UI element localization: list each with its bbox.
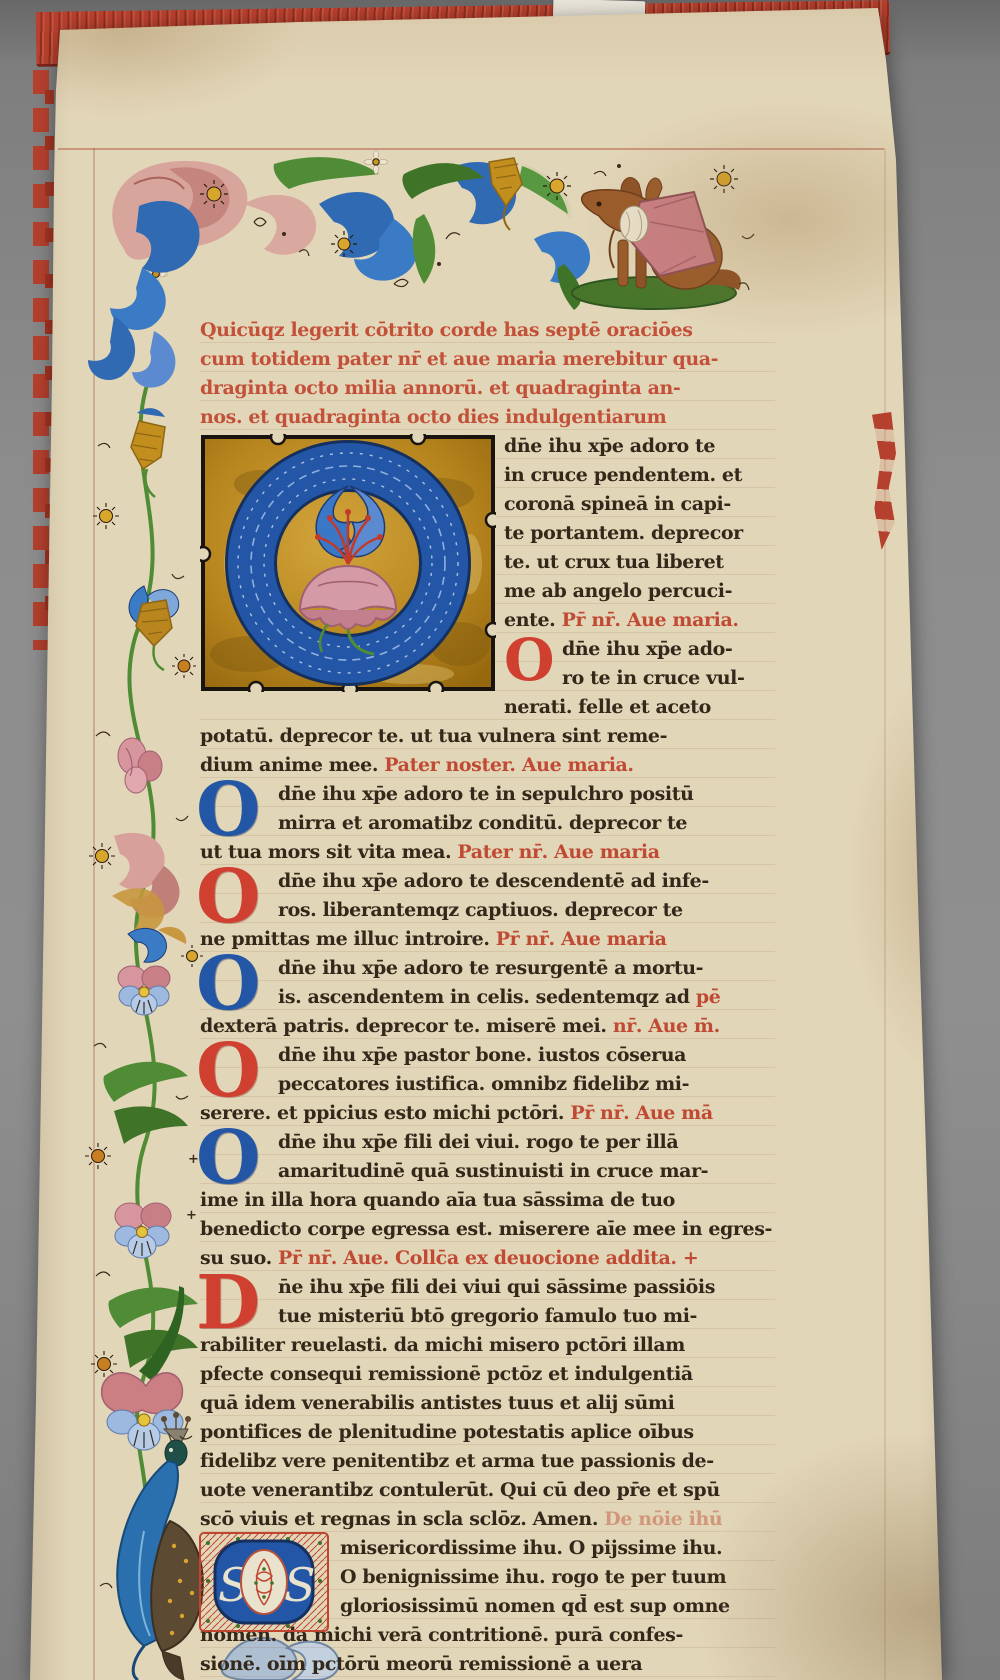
vine-stem [129, 366, 154, 1526]
continuation-lines: potatū. deprecor te. ut tua vulnera sint… [200, 722, 775, 780]
svg-text:S: S [284, 1558, 316, 1612]
text-line: amaritudinē quā sustinuisti in cruce mar… [200, 1157, 775, 1186]
pen-squiggles [254, 165, 754, 290]
text-line: dexterā patris. deprecor te. miserē mei.… [200, 1012, 775, 1041]
green-fronds-1 [103, 1062, 188, 1144]
text-line: coronā spineā in capi- [504, 490, 775, 519]
text-line: me ab angelo percuci- [504, 577, 775, 606]
gold-sun-motifs-left [85, 503, 203, 1377]
text-line: te portantem. deprecor [504, 519, 775, 548]
text-line: Quicūqz legerit cōtrito corde has septē … [200, 316, 775, 345]
daisy-flowers [144, 150, 388, 286]
text-line: dn̄e ihu xp̄e adoro te [504, 432, 775, 461]
text-line: dn̄e ihu xp̄e fili dei viui. rogo te per… [200, 1128, 775, 1157]
initial-O-red: O [196, 1034, 260, 1108]
blue-acanthus-leaves [319, 162, 590, 283]
text-line: sionē. oīm pctōrū meorū remissionē a uer… [200, 1650, 775, 1679]
prayer-section: Odn̄e ihu xp̄e adoro te resurgentē a mor… [200, 954, 775, 1041]
initial-O-red-small: O [504, 635, 562, 693]
illuminated-initial-O-art [200, 434, 496, 692]
text-line: dn̄e ihu xp̄e adoro te in sepulchro posi… [200, 780, 775, 809]
prayer-section: Odn̄e ihu xp̄e adoro te descendentē ad i… [200, 867, 775, 954]
green-foliage [274, 157, 582, 310]
prayer-section: Dn̄e ihu xp̄e fili dei viui qui sāssime … [200, 1273, 775, 1534]
pink-acanthus-scroll [114, 833, 180, 918]
text-line: tue misteriū btō gregorio famulo tuo mi- [200, 1302, 775, 1331]
rubric-lines: Quicūqz legerit cōtrito corde has septē … [200, 316, 775, 432]
initial-D-red: D [196, 1266, 260, 1340]
gold-thistle-1 [131, 408, 165, 497]
text-line: potatū. deprecor te. ut tua vulnera sint… [200, 722, 775, 751]
text-line: ro te in cruce vul- [562, 664, 775, 693]
pen-squiggles-left [94, 443, 192, 1588]
heart-pink-bloom [102, 1373, 183, 1450]
sub-initial-lines: dn̄e ihu xp̄e ado-ro te in cruce vul- [562, 635, 775, 693]
initial-O-blue: O [196, 1121, 260, 1195]
text-line: mirra et aromatibz conditū. deprecor te [200, 809, 775, 838]
initial-O-red: O [196, 860, 260, 934]
initial-O-blue: O [196, 773, 260, 847]
text-line: serere. et ppicius esto michi pctōri. Pr… [200, 1099, 775, 1128]
text-line: ros. liberantemqz captiuos. deprecor te [200, 896, 775, 925]
pansy-1 [118, 966, 170, 1015]
ornate-initial-O: S S [198, 1531, 330, 1633]
text-line: n̄e ihu xp̄e fili dei viui qui sāssime p… [200, 1273, 775, 1302]
illuminated-initial-O [200, 434, 496, 692]
text-line: ut tua mors sit vita mea. Pater nr̄. Aue… [200, 838, 775, 867]
peacock-figure [117, 1412, 203, 1680]
gold-pink-acanthus [112, 888, 164, 933]
prayer-section: Odn̄e ihu xp̄e fili dei viui. rogo te pe… [200, 1128, 775, 1273]
text-line: nerati. felle et aceto [504, 693, 775, 722]
margin-mark-plus: + [186, 1208, 197, 1223]
text-line: pontifices de plenitudine potestatis apl… [200, 1418, 775, 1447]
first-prayer-row: dn̄e ihu xp̄e adoro tein cruce pendentem… [200, 432, 775, 722]
gold-sun-motifs [200, 165, 738, 257]
text-line: draginta octo milia annorū. et quadragin… [200, 374, 775, 403]
text-line: uote venerantibz contulerūt. Qui cū deo … [200, 1476, 775, 1505]
ruling-line-vertical-left [93, 148, 95, 1680]
margin-mark-plus: + [188, 1152, 199, 1167]
prayer-sections: Odn̄e ihu xp̄e adoro te in sepulchro pos… [200, 780, 775, 1534]
gold-thistle [489, 158, 522, 230]
sub-initial-row: Odn̄e ihu xp̄e ado-ro te in cruce vul- [504, 635, 775, 693]
text-line: cum totidem pater nr̄ et aue maria mereb… [200, 345, 775, 374]
parchment: Quicūqz legerit cōtrito corde has septē … [0, 0, 1000, 1680]
initial-O-blue: O [196, 947, 260, 1021]
text-line: scō viuis et regnas in scla sclōz. Amen.… [200, 1505, 775, 1534]
text-line: rabiliter reuelasti. da michi misero pct… [200, 1331, 775, 1360]
text-line: benedicto corpe egressa est. miserere aī… [200, 1215, 775, 1244]
ruling-line-vertical-right [884, 148, 886, 1680]
ruling-line-horizontal [58, 148, 884, 150]
text-line: is. ascendentem in celis. sedentemqz ad … [200, 983, 775, 1012]
pink-flower-cluster [118, 738, 162, 793]
text-line: in cruce pendentem. et [504, 461, 775, 490]
manuscript-photo: Quicūqz legerit cōtrito corde has septē … [0, 0, 1000, 1680]
text-line: fidelibz vere penitentibz et arma tue pa… [200, 1447, 775, 1476]
blue-bloom [128, 927, 186, 962]
text-line: nos. et quadraginta octo dies indulgenti… [200, 403, 775, 432]
prayer-section: Odn̄e ihu xp̄e pastor bone. iustos cōser… [200, 1041, 775, 1128]
gold-thistle-2 [136, 600, 172, 670]
text-line: dn̄e ihu xp̄e adoro te descendentē ad in… [200, 867, 775, 896]
text-line: pfecte consequi remissionē pctōz et indu… [200, 1360, 775, 1389]
final-section: S S misericordissime ihu. O pijssime ihu… [200, 1534, 775, 1679]
green-fronds-2 [108, 1286, 198, 1381]
text-line: dn̄e ihu xp̄e ado- [562, 635, 775, 664]
blue-acanthus-top [88, 201, 200, 388]
dog-figure [572, 177, 741, 309]
text-line: dium anime mee. Pater noster. Aue maria. [200, 751, 775, 780]
text-line: peccatores iustifica. omnibz fidelibz mi… [200, 1070, 775, 1099]
text-block: Quicūqz legerit cōtrito corde has septē … [200, 316, 775, 1679]
text-line: dn̄e ihu xp̄e pastor bone. iustos cōseru… [200, 1041, 775, 1070]
text-line: quā idem venerabilis antistes tuus et al… [200, 1389, 775, 1418]
text-line: te. ut crux tua liberet [504, 548, 775, 577]
blue-columbine [129, 586, 179, 626]
text-line: su suo. Pr̄ nr̄. Aue. Collc̄a ex deuocio… [200, 1244, 775, 1273]
text-line: ne pmittas me illuc introire. Pr̄ nr̄. A… [200, 925, 775, 954]
top-border-decoration [94, 144, 770, 314]
pink-acanthus-scroll [112, 161, 316, 260]
pansy-2 [115, 1203, 171, 1258]
prayer-section: Odn̄e ihu xp̄e adoro te in sepulchro pos… [200, 780, 775, 867]
text-line: dn̄e ihu xp̄e adoro te resurgentē a mort… [200, 954, 775, 983]
manuscript-leaf: Quicūqz legerit cōtrito corde has septē … [0, 0, 1000, 1680]
text-line: ime in illa hora quando aīa tua sāssima … [200, 1186, 775, 1215]
first-prayer-column: dn̄e ihu xp̄e adoro tein cruce pendentem… [504, 432, 775, 722]
left-border-decoration [84, 196, 208, 1680]
